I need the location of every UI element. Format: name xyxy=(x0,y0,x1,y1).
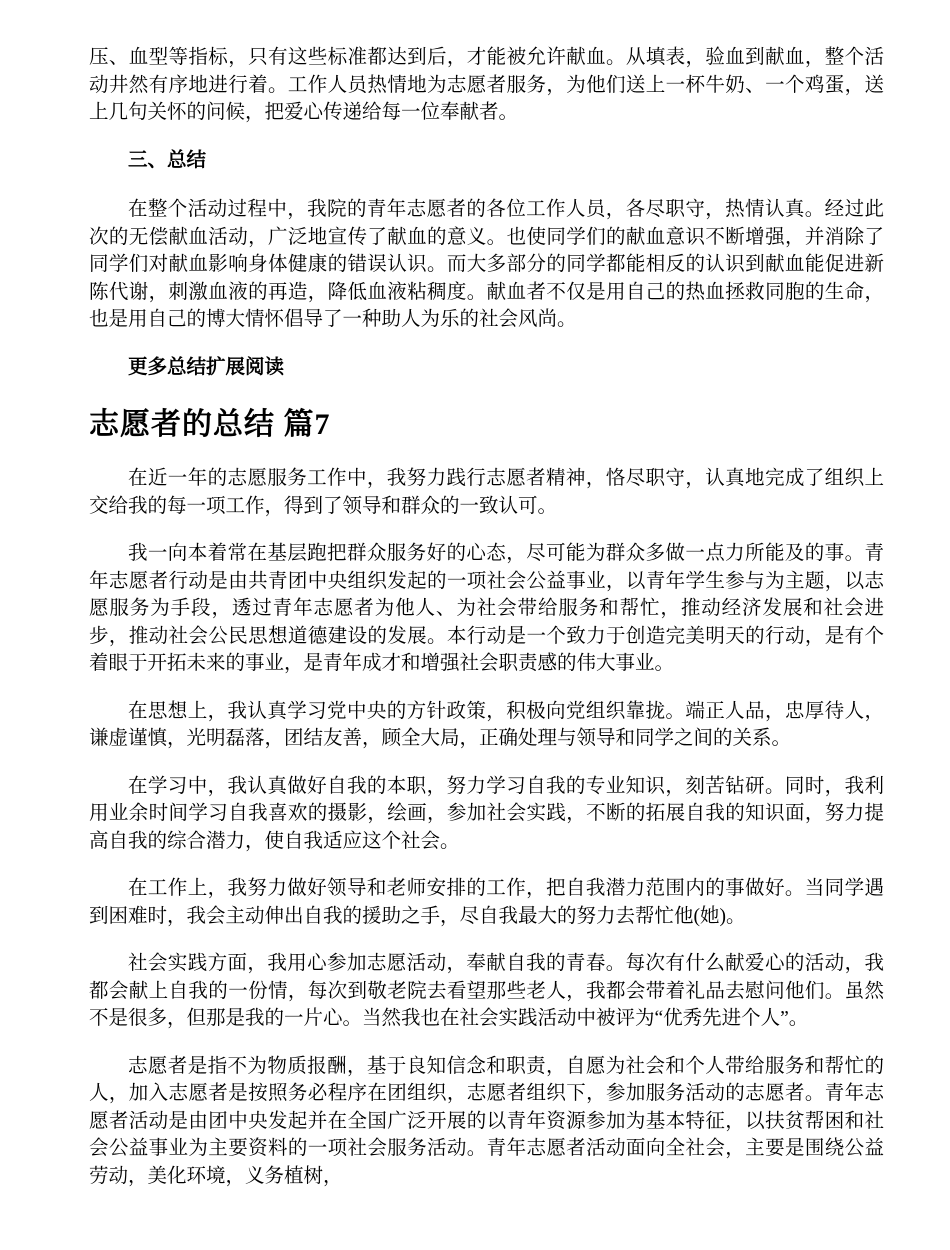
body-paragraph: 在近一年的志愿服务工作中，我努力践行志愿者精神，恪尽职守，认真地完成了组织上交给… xyxy=(89,465,884,520)
body-paragraph: 社会实践方面，我用心参加志愿活动，奉献自我的青春。每次有什么献爱心的活动，我都会… xyxy=(89,950,884,1033)
article-title: 志愿者的总结 篇7 xyxy=(89,407,884,443)
body-paragraph-continuation: 压、血型等指标，只有这些标准都达到后，才能被允许献血。从填表，验血到献血，整个活… xyxy=(89,44,884,127)
body-paragraph: 在思想上，我认真学习党中央的方针政策，积极向党组织靠拢。端正人品，忠厚待人，谦虚… xyxy=(89,698,884,753)
body-paragraph: 在整个活动过程中，我院的青年志愿者的各位工作人员，各尽职守，热情认真。经过此次的… xyxy=(89,196,884,334)
read-more-heading: 更多总结扩展阅读 xyxy=(89,354,884,382)
section-heading-summary: 三、总结 xyxy=(89,147,884,175)
body-paragraph: 在学习中，我认真做好自我的本职，努力学习自我的专业知识，刻苦钻研。同时，我利用业… xyxy=(89,773,884,856)
document-page: 压、血型等指标，只有这些标准都达到后，才能被允许献血。从填表，验血到献血，整个活… xyxy=(0,0,950,1250)
body-paragraph: 在工作上，我努力做好领导和老师安排的工作，把自我潜力范围内的事做好。当同学遇到困… xyxy=(89,875,884,930)
body-paragraph-cutoff: 志愿者是指不为物质报酬，基于良知信念和职责，自愿为社会和个人带给服务和帮忙的人，… xyxy=(89,1053,884,1191)
body-paragraph: 我一向本着常在基层跑把群众服务好的心态，尽可能为群众多做一点力所能及的事。青年志… xyxy=(89,540,884,678)
